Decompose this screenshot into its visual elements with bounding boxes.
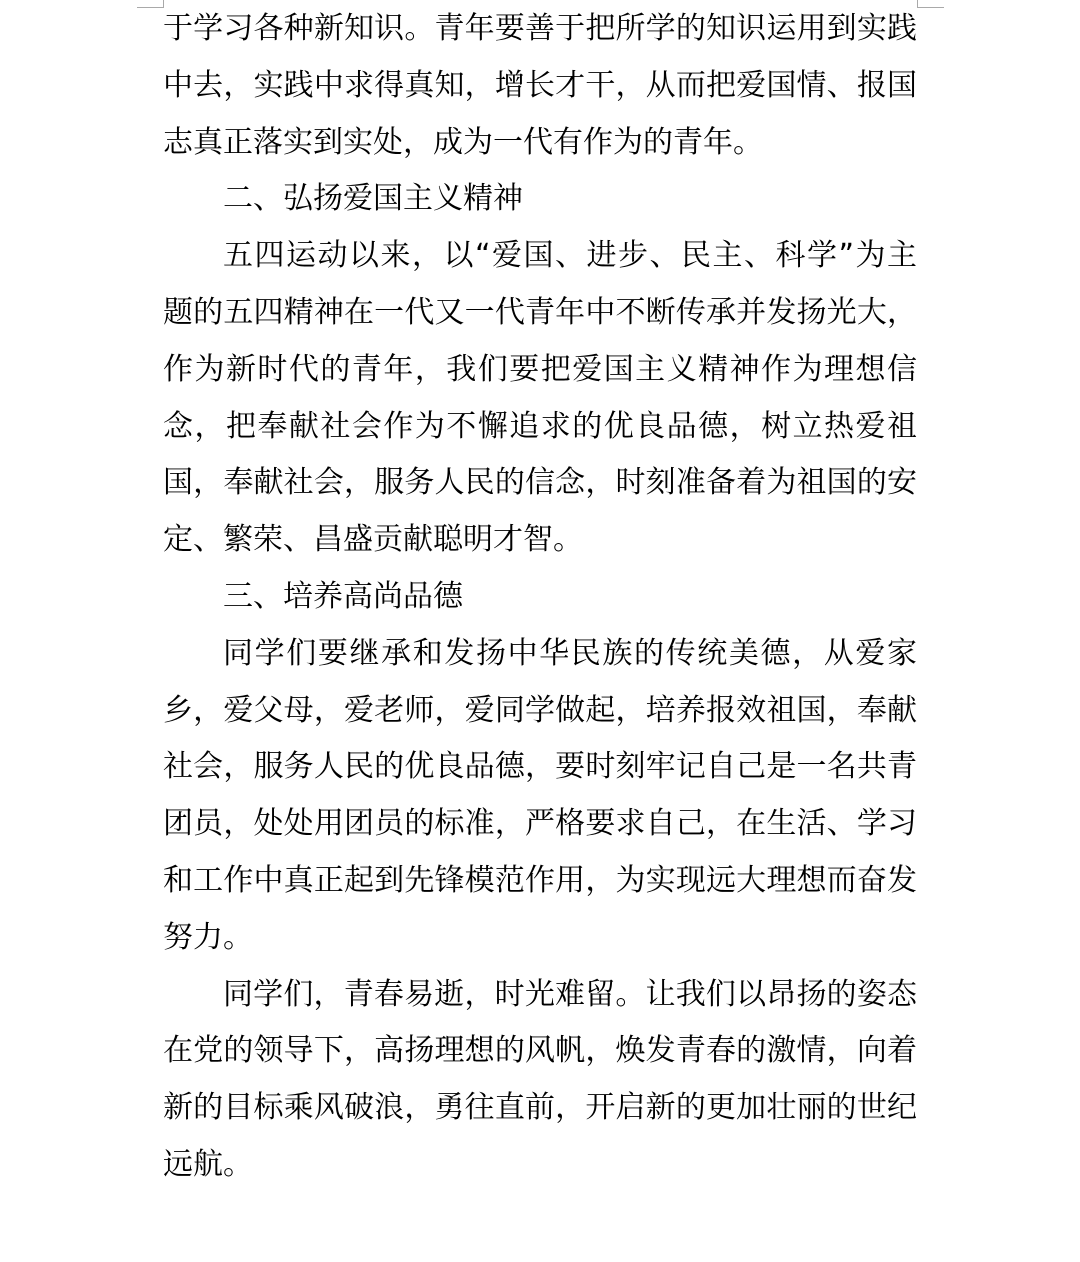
text-line[interactable]: 志真正落实到实处，成为一代有作为的青年。 <box>163 115 917 172</box>
heading-line[interactable]: 二、弘扬爱国主义精神 <box>163 171 917 228</box>
text-line[interactable]: 同学们要继承和发扬中华民族的传统美德，从爱家 <box>163 626 917 683</box>
paragraph-virtue: 同学们要继承和发扬中华民族的传统美德，从爱家 乡，爱父母，爱老师，爱同学做起，培… <box>163 626 917 967</box>
text-line[interactable]: 在党的领导下，高扬理想的风帆，焕发青春的激情，向着 <box>163 1023 917 1080</box>
text-line[interactable]: 定、繁荣、昌盛贡献聪明才智。 <box>163 512 917 569</box>
text-line[interactable]: 五四运动以来，以“爱国、进步、民主、科学”为主 <box>163 228 917 285</box>
heading-line[interactable]: 三、培养高尚品德 <box>163 569 917 626</box>
text-line[interactable]: 题的五四精神在一代又一代青年中不断传承并发扬光大， <box>163 285 917 342</box>
paragraph-continued: 于学习各种新知识。青年要善于把所学的知识运用到实践 中去，实践中求得真知，增长才… <box>163 1 917 171</box>
text-line[interactable]: 努力。 <box>163 910 917 967</box>
paragraph-patriotism: 五四运动以来，以“爱国、进步、民主、科学”为主 题的五四精神在一代又一代青年中不… <box>163 228 917 569</box>
text-line[interactable]: 作为新时代的青年，我们要把爱国主义精神作为理想信 <box>163 342 917 399</box>
text-line[interactable]: 于学习各种新知识。青年要善于把所学的知识运用到实践 <box>163 1 917 58</box>
text-line[interactable]: 社会，服务人民的优良品德，要时刻牢记自己是一名共青 <box>163 739 917 796</box>
text-line[interactable]: 念，把奉献社会作为不懈追求的优良品德，树立热爱祖 <box>163 399 917 456</box>
text-line[interactable]: 国，奉献社会，服务人民的信念，时刻准备着为祖国的安 <box>163 455 917 512</box>
text-line[interactable]: 乡，爱父母，爱老师，爱同学做起，培养报效祖国，奉献 <box>163 683 917 740</box>
text-line[interactable]: 远航。 <box>163 1137 917 1194</box>
paragraph-closing: 同学们，青春易逝，时光难留。让我们以昂扬的姿态 在党的领导下，高扬理想的风帆，焕… <box>163 967 917 1194</box>
text-line[interactable]: 同学们，青春易逝，时光难留。让我们以昂扬的姿态 <box>163 967 917 1024</box>
section-heading-2: 二、弘扬爱国主义精神 <box>163 171 917 228</box>
text-line[interactable]: 中去，实践中求得真知，增长才干，从而把爱国情、报国 <box>163 58 917 115</box>
text-line[interactable]: 团员，处处用团员的标准，严格要求自己，在生活、学习 <box>163 796 917 853</box>
text-line[interactable]: 和工作中真正起到先锋模范作用，为实现远大理想而奋发 <box>163 853 917 910</box>
document-text-area[interactable]: 于学习各种新知识。青年要善于把所学的知识运用到实践 中去，实践中求得真知，增长才… <box>163 1 917 1194</box>
text-boundary-mark-top-right <box>917 0 944 8</box>
section-heading-3: 三、培养高尚品德 <box>163 569 917 626</box>
document-page: 于学习各种新知识。青年要善于把所学的知识运用到实践 中去，实践中求得真知，增长才… <box>0 0 1080 1262</box>
text-boundary-mark-top-left <box>137 0 164 8</box>
text-line[interactable]: 新的目标乘风破浪，勇往直前，开启新的更加壮丽的世纪 <box>163 1080 917 1137</box>
